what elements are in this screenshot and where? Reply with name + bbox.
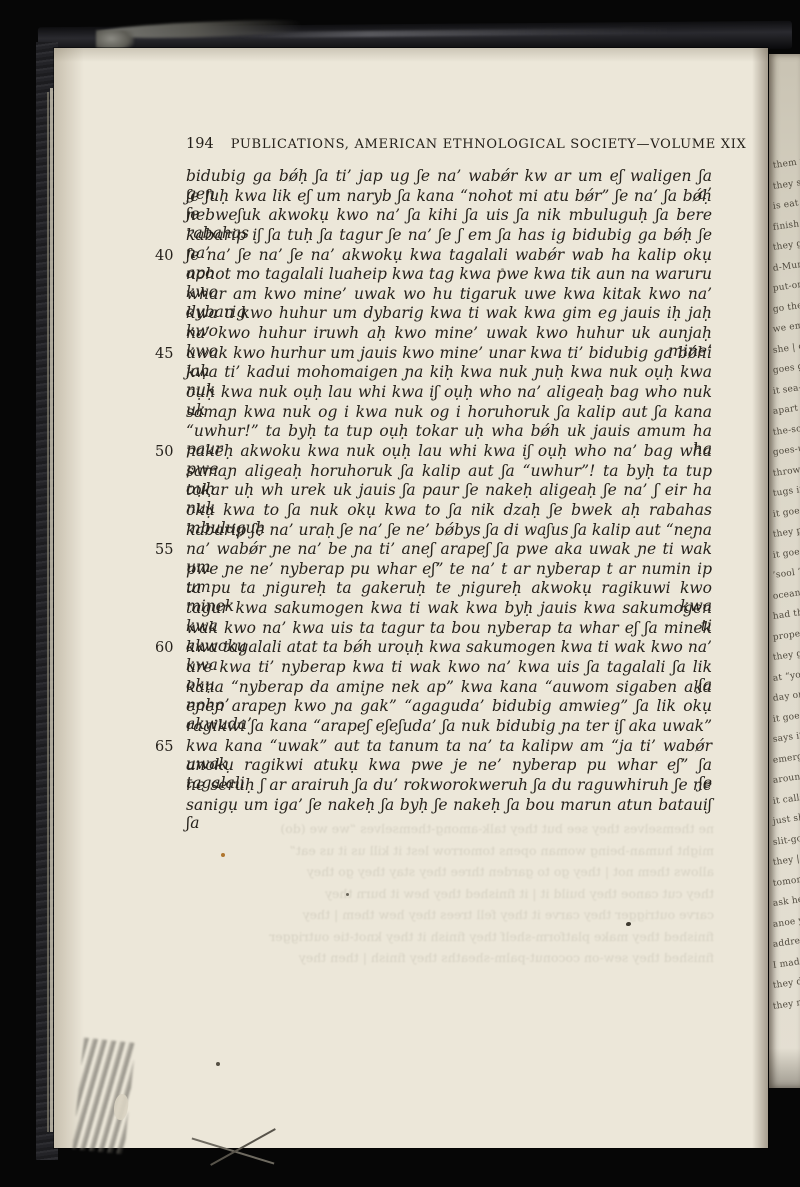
line-number: 55 — [155, 542, 180, 558]
text-line: okụ kwa to ʃa nuk okụ kwa to ʃa nik dzaḥ… — [155, 501, 712, 521]
next-page-fragment: around she — [772, 769, 800, 786]
interlinear-text-block: bidubig ga bǿḥ ʃa ti’ jap ug ʃe na’ wabǿ… — [155, 167, 712, 815]
text-line: 40 ʃe na’ ʃe na’ ʃe na’ akwokụ kwa tagal… — [155, 246, 712, 266]
next-page-fragment: put-on-to — [772, 278, 800, 294]
next-page-fragment: they don ar — [772, 973, 800, 990]
next-page-fragment: finish it” — [772, 217, 800, 233]
text-line: kabarip ʃe na’ uraḥ ʃe na’ ʃe ne’ bǿbys … — [155, 521, 712, 541]
text-line: na’ kwo huhur iruwh aḥ kwo mine’ uwak kw… — [155, 324, 712, 344]
text-line: kwa u kwo huhur um dybarig kwa ti wak kw… — [155, 304, 712, 324]
line-text: ne seruḥ ʃ ar arairuh ʃa du’ rokworokwer… — [186, 776, 712, 794]
line-number: 60 — [155, 640, 180, 656]
text-line: ne seruḥ ʃ ar arairuh ʃa du’ rokworokwer… — [155, 776, 712, 796]
show-through-line: ne themselves they see but they talk-amo… — [158, 821, 714, 843]
next-page-fragment: they | say “ — [772, 851, 800, 868]
book-page: 194 PUBLICATIONS, AMERICAN ETHNOLOGICAL … — [54, 48, 768, 1148]
text-line: 55 na’ wabǿr ɲe na’ be ɲa ti’ aneʃ arape… — [155, 540, 712, 560]
text-line: nohot mo tagalali luaheip kwa tag kwa pw… — [155, 265, 712, 285]
next-page-fragment: emerges she — [772, 747, 800, 765]
paper-speck — [501, 268, 504, 271]
line-number: 40 — [155, 248, 180, 264]
text-line: 45 uwak kwo hurhur um jauis kwo mine’ un… — [155, 344, 712, 364]
next-page-fragment: anoe you s — [772, 913, 800, 930]
page-number: 194 — [186, 136, 214, 152]
next-page-fragment: it calls them — [772, 788, 800, 806]
next-page-fragment: d-Murik — [772, 258, 800, 273]
next-page-fragment: says it tal — [772, 729, 800, 745]
next-page-fragment: it goes it r — [772, 708, 800, 725]
next-page-fragment: the-scent — [772, 421, 800, 437]
line-text: kabarip ʃe na’ uraḥ ʃe na’ ʃe ne’ bǿbys … — [186, 521, 712, 539]
show-through-line: allows them not | they go to garden thre… — [158, 864, 714, 886]
next-page-fragment: they make | — [772, 994, 800, 1012]
next-page-fragment: we emerg — [772, 319, 800, 335]
text-line: ragikwi ʃa kana “arapeʃ eʃeʃuda’ ʃa nuk … — [155, 717, 712, 737]
next-page-fragment: goes-up sh — [772, 441, 800, 458]
line-number: 45 — [155, 346, 180, 362]
next-page-fragment: slit-gong sh — [772, 830, 800, 848]
show-through-line: might human-being woman opens tomorrow l… — [158, 843, 714, 865]
text-line: kabarip iʃ ʃa tuḥ ʃa tagur ʃe na’ ʃe ʃ e… — [155, 226, 712, 246]
text-line: ʃe ʃuḥ kwa lik eʃ um naryb ʃa kana “noho… — [155, 187, 712, 207]
running-title: PUBLICATIONS, AMERICAN ETHNOLOGICAL SOCI… — [231, 137, 747, 152]
next-page-fragment: they go-u — [772, 237, 800, 253]
show-through-line: carve outrigger they carve it they fell … — [158, 907, 714, 929]
show-through-line: they cut canoe they build it | it finish… — [158, 886, 714, 908]
page-stack-edge-shadow — [47, 92, 49, 1132]
text-line: ta pu ta ɲigureḥ ta gakeruḥ te ɲigureḥ a… — [155, 579, 712, 599]
text-line: 50 nakeḥ akwoku kwa nuk oụḥ lau whi kwa … — [155, 442, 712, 462]
text-line: sanigụ um iga’ ʃe nakeḥ ʃa byḥ ʃe nakeḥ … — [155, 796, 712, 816]
next-page-fragment: throws it i — [772, 462, 800, 479]
text-line: kwa ti’ kadui mohomaigen ɲa kiḥ kwa nuk … — [155, 363, 712, 383]
line-text: samaɲ kwa nuk og i kwa nuk og i horuhoru… — [186, 403, 712, 421]
next-page-fragment: it goes-dow — [772, 502, 800, 520]
next-page-fragment: goes gard — [772, 360, 800, 376]
next-page-fragment: ask her this — [772, 891, 800, 909]
next-page-fragment: had they p — [772, 605, 800, 622]
page-stack-edge — [50, 88, 53, 1132]
next-page-fragment: I made slit-g — [772, 952, 800, 970]
next-page-fore-edge: them thethey seeis eat | thfinish it”the… — [769, 54, 800, 1088]
line-number: 50 — [155, 444, 180, 460]
next-page-fragment: tugs it her — [772, 482, 800, 499]
next-page-fragment: it sea-coas — [772, 380, 800, 397]
text-line: bidubig ga bǿḥ ʃa ti’ jap ug ʃe na’ wabǿ… — [155, 167, 712, 187]
line-text: ragikwi ʃa kana “arapeʃ eʃeʃuda’ ʃa nuk … — [186, 717, 712, 735]
next-page-fragment: they go th — [772, 646, 800, 663]
text-line: pwe ɲe ne’ nyberap pu whar eʃ” te na’ t … — [155, 560, 712, 580]
show-through-line: finished they sew-on coconut-palm-sheath… — [158, 950, 714, 972]
text-line: samaɲ kwa nuk og i kwa nuk og i horuhoru… — [155, 403, 712, 423]
next-page-fragment: just she loo — [772, 809, 800, 826]
text-line: eɲeɲ arapeɲ kwo ɲa gak” “agaguda’ bidubi… — [155, 697, 712, 717]
text-line: oụḥ kwa nuk oụḥ lau whi kwa iʃ oụḥ who n… — [155, 383, 712, 403]
text-line: samaɲ aligeaḥ horuhoruk ʃa kalip aut ʃa … — [155, 462, 712, 482]
text-line: 60 kwa tagalali atat ta bǿh uroụḥ kwa sa… — [155, 638, 712, 658]
text-line: “uwhur!” ta byḥ ta tup oụḥ tokar uḥ wha … — [155, 422, 712, 442]
text-line: tokar uḥ wh urek uk jauis ʃa paur ʃe nak… — [155, 481, 712, 501]
next-page-fragment: go they g — [772, 298, 800, 314]
text-line: wak kwo na’ kwa uis ta tagur ta bou nybe… — [155, 619, 712, 639]
text-line: ure kwa ti’ nyberap kwa ti wak kwo na’ k… — [155, 658, 712, 678]
paper-speck — [221, 853, 225, 857]
line-number: 65 — [155, 739, 180, 755]
next-page-fragment: they paddl — [772, 523, 800, 540]
show-through-line: finished they make platform-shelf they f… — [158, 929, 714, 951]
text-line: anokụ ragikwi atukụ kwa pwe je ne’ nyber… — [155, 756, 712, 776]
text-line: tagur kwa sakumogen kwa ti wak kwa byḥ j… — [155, 599, 712, 619]
next-page-fragment: tomorrow | c — [772, 870, 800, 888]
show-through-text: ne themselves they see but they talk-amo… — [158, 821, 714, 972]
next-page-fragment: ’sool ’im” — [772, 565, 800, 581]
next-page-fragment: day or no — [772, 688, 800, 704]
next-page-fragment: is eat | th — [772, 196, 800, 212]
next-page-fragment: them the — [772, 155, 800, 171]
next-page-fragment: she | calls — [772, 339, 800, 356]
next-page-fragment: ocean they — [772, 584, 800, 601]
paper-speck — [346, 893, 349, 896]
text-line: 65 kwa kana “uwak” aut ta tanum ta na’ t… — [155, 737, 712, 757]
text-line: kana “nyberap da amiɲe nek ap” kwa kana … — [155, 678, 712, 698]
next-page-fragment: they see — [772, 176, 800, 191]
next-page-fragment: at “you (5 — [772, 667, 800, 683]
page-header: 194 PUBLICATIONS, AMERICAN ETHNOLOGICAL … — [186, 136, 710, 152]
next-page-fragment: apart sun — [772, 401, 800, 417]
next-page-fragment: property tl — [772, 625, 800, 642]
next-page-fragment: it goes fas — [772, 544, 800, 561]
page-top-shadow — [54, 48, 768, 62]
book-photo-background: 194 PUBLICATIONS, AMERICAN ETHNOLOGICAL … — [0, 0, 800, 1187]
paper-speck — [216, 1062, 220, 1066]
next-page-fragment: addresses th — [772, 932, 800, 950]
text-line: nebweʃuk akwokụ kwo na’ ʃa kihi ʃa uis ʃ… — [155, 206, 712, 226]
text-line: whar am kwo mine’ uwak wo hu tigaruk uwe… — [155, 285, 712, 305]
paper-speck — [626, 922, 631, 926]
